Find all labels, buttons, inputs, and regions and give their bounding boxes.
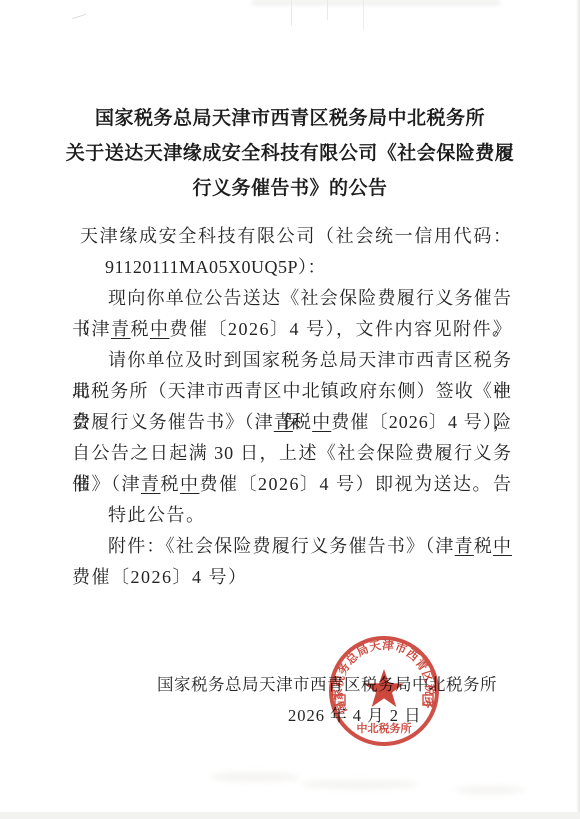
body-line: 费履行义务催告书》（津青税中费催〔2026〕4 号）， bbox=[72, 407, 512, 438]
page-edge-shadow bbox=[576, 0, 580, 819]
title-line: 国家税务总局天津市西青区税务局中北税务所 bbox=[40, 101, 540, 136]
title-line: 关于送达天津缘成安全科技有限公司《社会保险费履 bbox=[40, 136, 540, 171]
body-line: 费催〔2026〕4 号） bbox=[72, 562, 512, 593]
scan-ghost bbox=[455, 786, 525, 794]
scan-smudge bbox=[252, 0, 500, 5]
scan-hairline bbox=[327, 0, 328, 20]
official-seal: 国家税务总局天津市西青区税务局 中北税务所 bbox=[326, 633, 442, 749]
title-line: 行义务催告书》的公告 bbox=[40, 171, 540, 206]
body-line: 北税务所（天津市西青区中北镇政府东侧）签收《社会保险 bbox=[72, 376, 512, 407]
body-line: 书》（津青税中费催〔2026〕4 号）即视为送达。 bbox=[72, 469, 512, 500]
body-line: 91120111MA05X0UQ5P）： bbox=[72, 252, 512, 283]
body-line: 自公告之日起满 30 日，上述《社会保险费履行义务催告 bbox=[72, 438, 512, 469]
document-title: 国家税务总局天津市西青区税务局中北税务所关于送达天津缘成安全科技有限公司《社会保… bbox=[40, 101, 540, 206]
page-edge-shadow bbox=[0, 812, 580, 819]
seal-bottom-text: 中北税务所 bbox=[357, 721, 412, 735]
scan-hairline bbox=[363, 0, 364, 30]
body-line: 天津缘成安全科技有限公司（社会统一信用代码： bbox=[72, 221, 512, 252]
body-line: 附件：《社会保险费履行义务催告书》（津青税中 bbox=[72, 531, 512, 562]
scan-hairline bbox=[291, 0, 292, 26]
seal-arc-text: 国家税务总局天津市西青区税务局 bbox=[326, 633, 437, 715]
document-page: 国家税务总局天津市西青区税务局中北税务所关于送达天津缘成安全科技有限公司《社会保… bbox=[0, 0, 580, 819]
scan-ghost bbox=[210, 772, 300, 782]
body-line: 特此公告。 bbox=[72, 500, 512, 531]
seal-star-icon bbox=[364, 669, 404, 707]
document-body: 天津缘成安全科技有限公司（社会统一信用代码：91120111MA05X0UQ5P… bbox=[72, 221, 512, 593]
scan-scratch bbox=[72, 14, 86, 19]
scan-ghost bbox=[300, 780, 420, 789]
body-line: （津青税中费催〔2026〕4 号），文件内容见附件。 bbox=[72, 314, 512, 345]
body-line: 现向你单位公告送达《社会保险费履行义务催告书》 bbox=[72, 283, 512, 314]
body-line: 请你单位及时到国家税务总局天津市西青区税务局中 bbox=[72, 345, 512, 376]
